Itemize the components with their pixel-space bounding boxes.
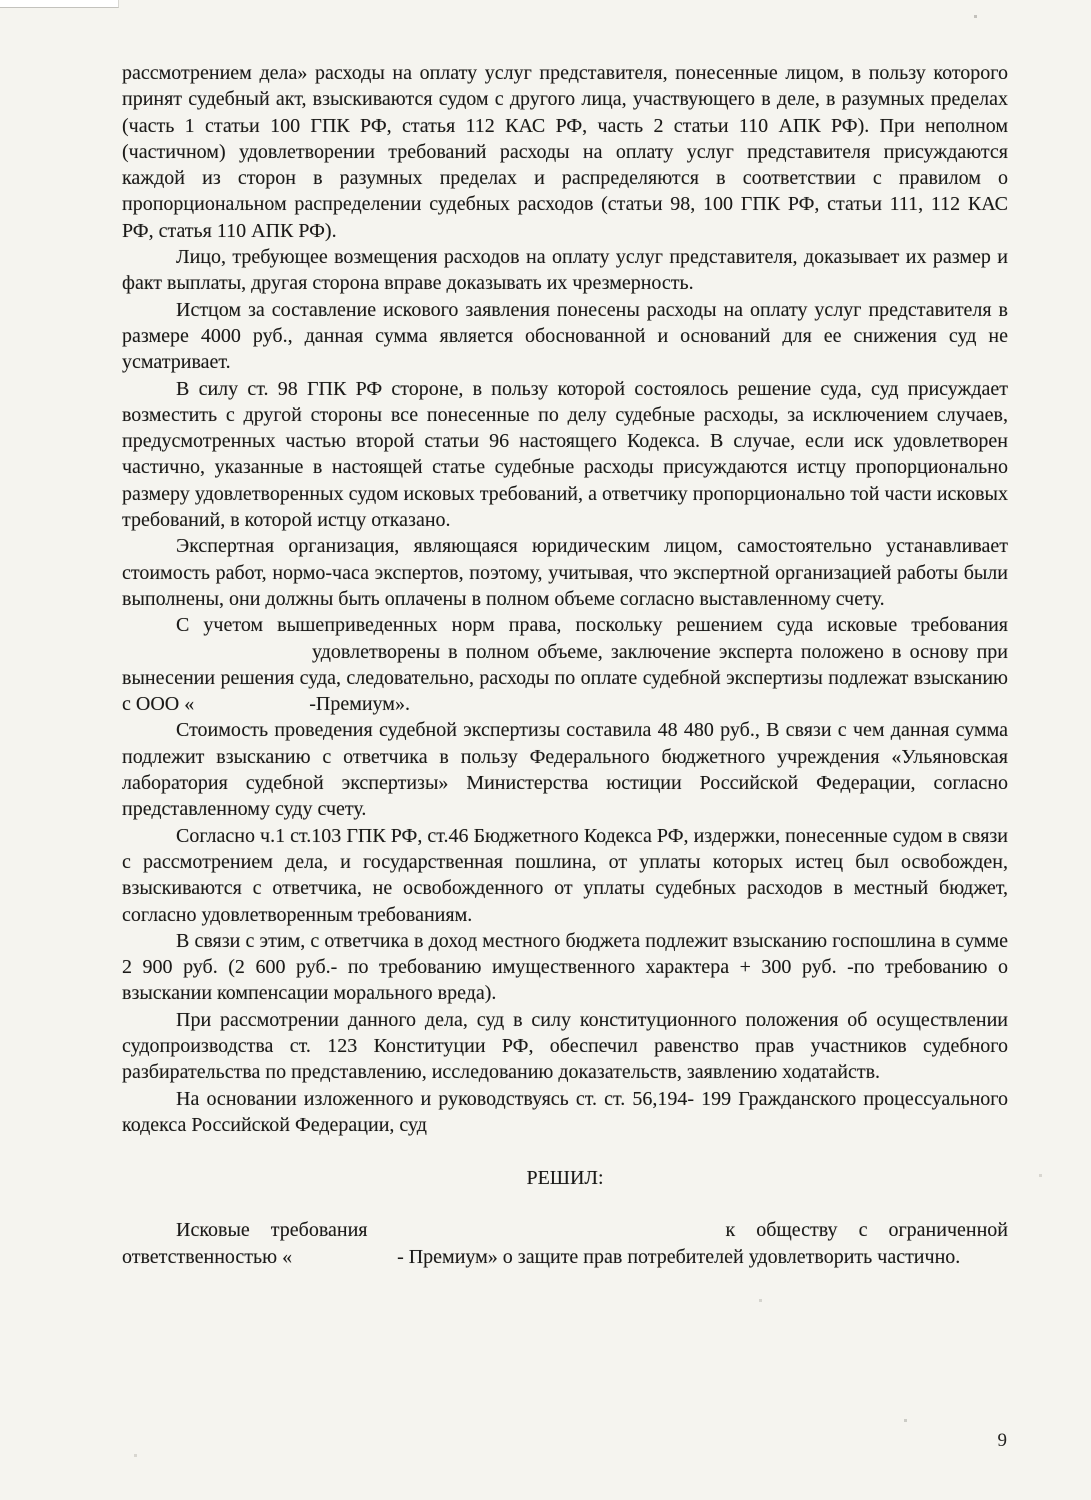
scan-specks <box>0 0 1 1</box>
paragraph-segment: -Премиум». <box>309 693 410 715</box>
paragraph-state-duty-2900: В связи с этим, с ответчика в доход мест… <box>122 928 1008 1007</box>
paragraph-costs-representative-rules: рассмотрением дела» расходы на оплату ус… <box>122 60 1008 244</box>
paragraph-segment: - Премиум» о защите прав потребителей уд… <box>397 1246 960 1268</box>
page-number: 9 <box>998 1430 1008 1452</box>
scan-edge-artifact <box>0 0 119 8</box>
paragraph-burden-of-proof: Лицо, требующее возмещения расходов на о… <box>122 244 1008 297</box>
paragraph-segment: Исковые требования <box>176 1219 368 1241</box>
paragraph-claimant-costs-4000: Истцом за составление искового заявления… <box>122 297 1008 376</box>
resolution-heading: РЕШИЛ: <box>122 1165 1008 1191</box>
document-page: рассмотрением дела» расходы на оплату ус… <box>0 0 1091 1500</box>
paragraph-st103-gpk: Согласно ч.1 ст.103 ГПК РФ, ст.46 Бюджет… <box>122 823 1008 928</box>
redacted-gap <box>292 1262 397 1263</box>
paragraph-constitutional-equality: При рассмотрении данного дела, суд в сил… <box>122 1007 1008 1086</box>
paragraph-expertise-costs-recovery: С учетом вышеприведенных норм права, пос… <box>122 612 1008 717</box>
redacted-gap <box>368 1235 726 1236</box>
redacted-gap <box>194 709 309 710</box>
redacted-gap <box>122 657 312 658</box>
paragraph-expert-organization: Экспертная организация, являющаяся юриди… <box>122 533 1008 612</box>
paragraph-segment: С учетом вышеприведенных норм права, пос… <box>176 614 1008 636</box>
paragraph-ruling: Исковые требованияк обществу с ограничен… <box>122 1217 1008 1270</box>
paragraph-segment: удовлетворены в полном объеме, заключени… <box>122 641 1008 716</box>
paragraph-expertise-cost-48480: Стоимость проведения судебной экспертизы… <box>122 717 1008 822</box>
paragraph-basis-conclusion: На основании изложенного и руководствуяс… <box>122 1086 1008 1139</box>
paragraph-st98-gpk: В силу ст. 98 ГПК РФ стороне, в пользу к… <box>122 376 1008 534</box>
document-text-block: рассмотрением дела» расходы на оплату ус… <box>122 60 1008 1270</box>
